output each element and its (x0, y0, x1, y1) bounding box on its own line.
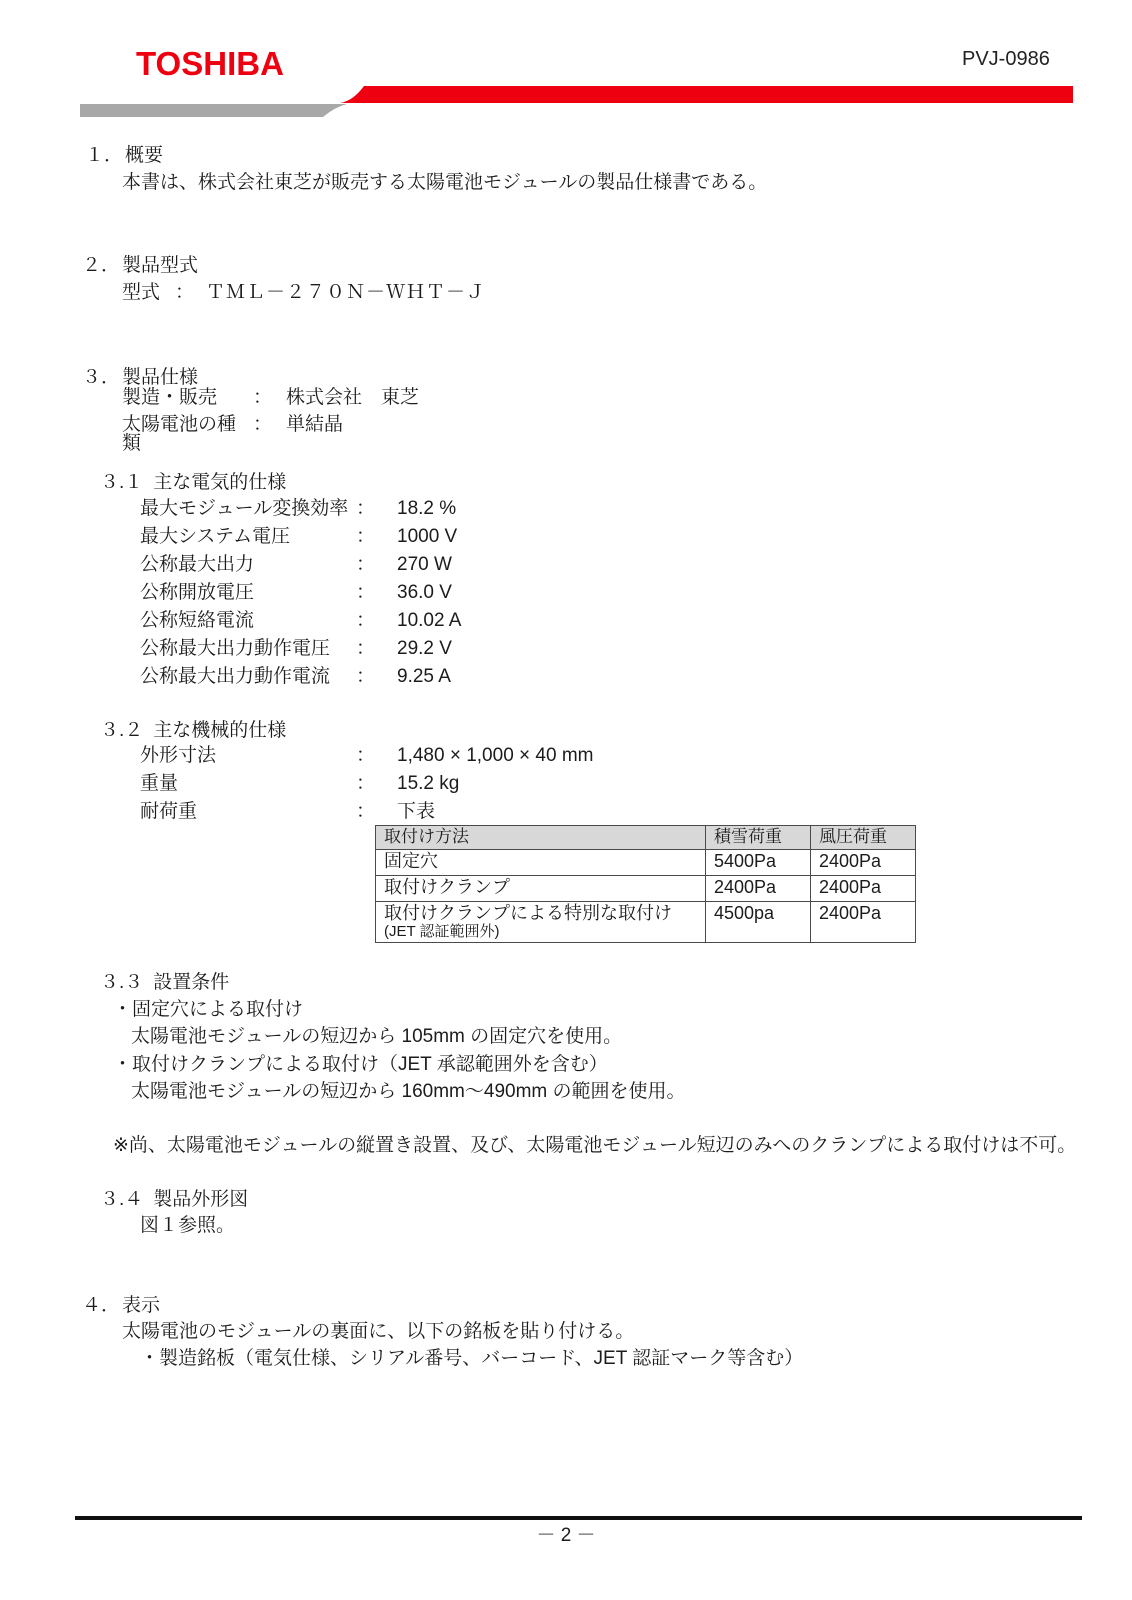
spec-row: 重量：15.2 kg (140, 774, 593, 802)
colon: ： (356, 639, 375, 658)
section-title: 製品仕様 (122, 368, 198, 387)
section-number: １． (85, 146, 125, 165)
installation-detail-1: 太陽電池モジュールの短辺から 105mm の固定穴を使用。 (131, 1027, 622, 1046)
row-label: 最大モジュール変換効率 (140, 499, 356, 518)
table-row: 固定穴 5400Pa 2400Pa (376, 850, 916, 876)
cell-method: 固定穴 (376, 850, 706, 876)
model-label: 型式 (122, 283, 175, 302)
page-number: － 2 － (0, 1526, 1132, 1545)
colon: ： (356, 583, 375, 602)
outline-body: 図１参照。 (140, 1216, 235, 1235)
section-2-heading: ２． 製品型式 (82, 256, 198, 275)
spec-row: 製造・販売 ： 株式会社 東芝 (122, 388, 419, 415)
band-red-bar (340, 86, 1073, 103)
section-1-heading: １． 概要 (85, 146, 163, 165)
row-value: 18.2 % (397, 499, 456, 518)
load-table: 取付け方法 積雪荷重 風圧荷重 固定穴 5400Pa 2400Pa 取付けクラン… (375, 825, 916, 943)
document-page: TOSHIBA PVJ-0986 １． 概要 本書は、株式会社東芝が販売する太陽… (0, 0, 1132, 1600)
header-band-graphic (0, 0, 1132, 130)
colon: ： (356, 774, 375, 793)
spec-row: 最大システム電圧：1000 V (140, 527, 461, 555)
row-label: 公称最大出力動作電流 (140, 667, 356, 686)
cell-snow: 5400Pa (706, 850, 811, 876)
spec-row: 最大モジュール変換効率：18.2 % (140, 499, 461, 527)
row-label: 公称短絡電流 (140, 611, 356, 630)
row-value: 36.0 V (397, 583, 452, 602)
section-number: ２． (82, 256, 122, 275)
header-wind-load: 風圧荷重 (811, 826, 916, 850)
cell-method: 取付けクランプによる特別な取付け (JET 認証範囲外) (376, 902, 706, 943)
row-label: 公称最大出力動作電圧 (140, 639, 356, 658)
cell-snow: 2400Pa (706, 876, 811, 902)
overview-body: 本書は、株式会社東芝が販売する太陽電池モジュールの製品仕様書である。 (122, 173, 767, 192)
cell-snow: 4500pa (706, 902, 811, 943)
load-table-header-row: 取付け方法 積雪荷重 風圧荷重 (376, 826, 916, 850)
cell-wind: 2400Pa (811, 902, 916, 943)
mechanical-spec-rows: 外形寸法：1,480 × 1,000 × 40 mm 重量：15.2 kg 耐荷… (140, 746, 593, 830)
row-value: 9.25 A (397, 667, 451, 686)
model-line: 型式 ： ＴＭＬ－２７０Ｎ－ＷＨＴ－Ｊ (122, 283, 486, 302)
section-title: 概要 (125, 146, 163, 165)
row-label: 公称開放電圧 (140, 583, 356, 602)
header-snow-load: 積雪荷重 (706, 826, 811, 850)
section-title: 製品型式 (122, 256, 198, 275)
colon: ： (356, 746, 375, 765)
table-row: 取付けクランプ 2400Pa 2400Pa (376, 876, 916, 902)
section-number: ３． (82, 368, 122, 387)
section-3-2-heading: ３.２ 主な機械的仕様 (100, 721, 286, 740)
row-value: 下表 (397, 802, 435, 821)
row-label: 外形寸法 (140, 746, 356, 765)
spec-row: 公称短絡電流：10.02 A (140, 611, 461, 639)
subsection-number: ３.２ (100, 721, 143, 740)
installation-bullet-1: ・固定穴による取付け (113, 1000, 303, 1019)
spec-row: 外形寸法：1,480 × 1,000 × 40 mm (140, 746, 593, 774)
cell-method-line1: 取付けクランプによる特別な取付け (384, 904, 697, 922)
row-value: 1000 V (397, 527, 457, 546)
row-label: 重量 (140, 774, 356, 793)
spec-row: 公称開放電圧：36.0 V (140, 583, 461, 611)
colon: ： (356, 611, 375, 630)
subsection-number: ３.３ (100, 973, 143, 992)
section-title: 表示 (122, 1296, 160, 1315)
colon: ： (356, 555, 375, 574)
section-3-heading: ３． 製品仕様 (82, 368, 198, 387)
row-label: 太陽電池の種類 (122, 415, 253, 453)
colon: ： (356, 499, 375, 518)
colon: ： (253, 415, 272, 434)
electrical-spec-rows: 最大モジュール変換効率：18.2 % 最大システム電圧：1000 V 公称最大出… (140, 499, 461, 695)
subsection-number: ３.４ (100, 1190, 143, 1209)
subsection-title: 主な機械的仕様 (153, 721, 286, 740)
colon: ： (356, 667, 375, 686)
spec-row: 公称最大出力動作電圧：29.2 V (140, 639, 461, 667)
row-label: 最大システム電圧 (140, 527, 356, 546)
spec-row: 太陽電池の種類 ： 単結晶 (122, 415, 419, 442)
section-3-4-heading: ３.４ 製品外形図 (100, 1190, 248, 1209)
table-row: 取付けクランプによる特別な取付け (JET 認証範囲外) 4500pa 2400… (376, 902, 916, 943)
colon: ： (356, 802, 375, 821)
row-value: 株式会社 東芝 (286, 388, 419, 407)
spec-row: 公称最大出力：270 W (140, 555, 461, 583)
row-label: 公称最大出力 (140, 555, 356, 574)
row-value: 単結晶 (286, 415, 343, 434)
subsection-title: 設置条件 (153, 973, 229, 992)
section-number: ４． (82, 1296, 122, 1315)
section-3-1-heading: ３.１ 主な電気的仕様 (100, 473, 286, 492)
installation-bullet-2: ・取付けクランプによる取付け（JET 承認範囲外を含む） (113, 1055, 608, 1074)
cell-method: 取付けクランプ (376, 876, 706, 902)
row-value: 1,480 × 1,000 × 40 mm (397, 746, 593, 765)
spec-row: 公称最大出力動作電流：9.25 A (140, 667, 461, 695)
cell-wind: 2400Pa (811, 876, 916, 902)
cell-method-line2: (JET 認証範囲外) (384, 924, 697, 939)
labeling-bullet: ・製造銘板（電気仕様、シリアル番号、バーコード、JET 認証マーク等含む） (140, 1349, 803, 1368)
subsection-number: ３.１ (100, 473, 143, 492)
installation-detail-2: 太陽電池モジュールの短辺から 160mm～490mm の範囲を使用。 (131, 1082, 686, 1101)
colon: ： (253, 388, 272, 407)
maker-rows: 製造・販売 ： 株式会社 東芝 太陽電池の種類 ： 単結晶 (122, 388, 419, 442)
row-value: 10.02 A (397, 611, 461, 630)
section-3-3-heading: ３.３ 設置条件 (100, 973, 229, 992)
section-4-heading: ４． 表示 (82, 1296, 160, 1315)
subsection-title: 製品外形図 (153, 1190, 248, 1209)
band-gray-bar (80, 104, 347, 117)
colon: ： (356, 527, 375, 546)
row-value: 15.2 kg (397, 774, 459, 793)
model-value: ＴＭＬ－２７０Ｎ－ＷＨＴ－Ｊ (206, 283, 486, 302)
cell-wind: 2400Pa (811, 850, 916, 876)
row-label: 耐荷重 (140, 802, 356, 821)
labeling-body: 太陽電池のモジュールの裏面に、以下の銘板を貼り付ける。 (122, 1322, 634, 1341)
footer-divider (75, 1516, 1082, 1520)
subsection-title: 主な電気的仕様 (153, 473, 286, 492)
row-value: 270 W (397, 555, 452, 574)
row-value: 29.2 V (397, 639, 452, 658)
installation-note: ※尚、太陽電池モジュールの縦置き設置、及び、太陽電池モジュール短辺のみへのクラン… (113, 1136, 1076, 1155)
colon: ： (175, 283, 194, 302)
header-method: 取付け方法 (376, 826, 706, 850)
row-label: 製造・販売 (122, 388, 253, 407)
